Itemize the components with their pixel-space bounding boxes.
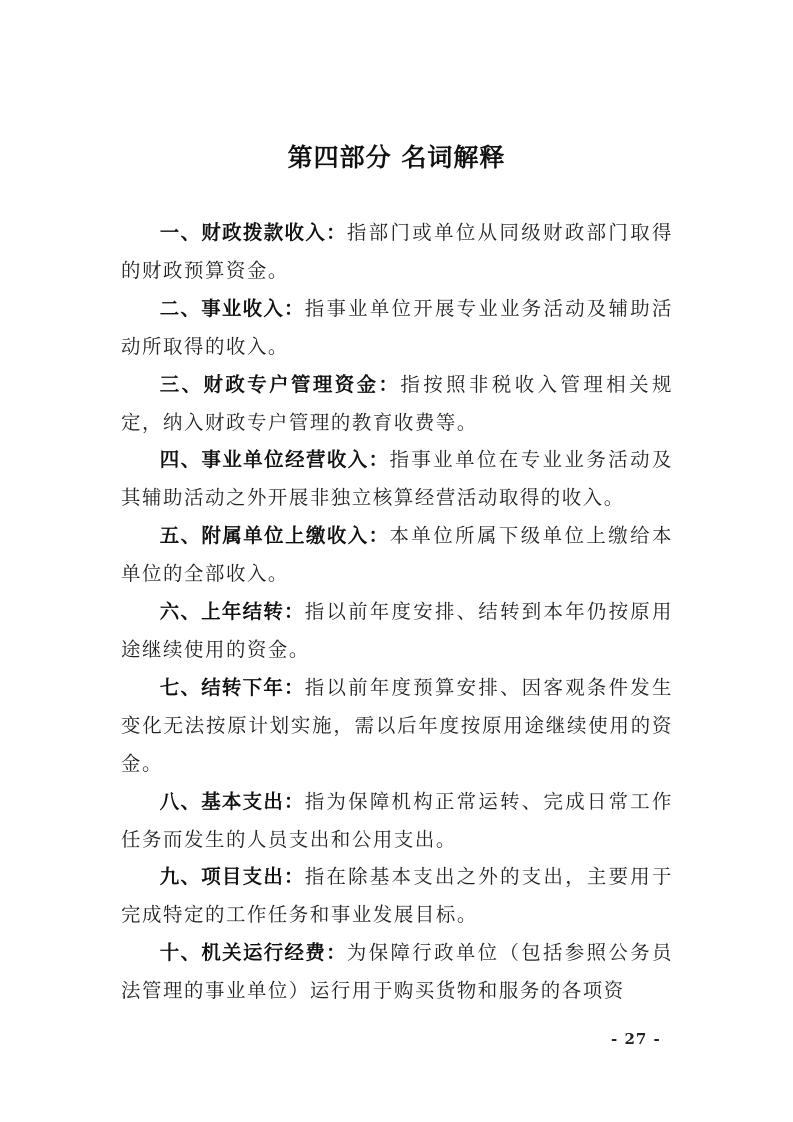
- definition-term: 九、项目支出：: [160, 865, 305, 888]
- definition-term: 三、财政专户管理资金：: [160, 373, 401, 396]
- definition-paragraph: 十、机关运行经费：为保障行政单位（包括参照公务员法管理的事业单位）运行用于购买货…: [121, 934, 673, 1010]
- definition-term: 四、事业单位经营收入：: [160, 448, 390, 471]
- definition-term: 十、机关运行经费：: [160, 941, 347, 964]
- definition-term: 二、事业收入：: [160, 297, 305, 320]
- definition-paragraph: 四、事业单位经营收入：指事业单位在专业业务活动及其辅助活动之外开展非独立核算经营…: [121, 441, 673, 517]
- definition-paragraph: 一、财政拨款收入：指部门或单位从同级财政部门取得的财政预算资金。: [121, 214, 673, 290]
- definition-term: 六、上年结转：: [160, 600, 305, 623]
- definition-paragraph: 九、项目支出：指在除基本支出之外的支出，主要用于完成特定的工作任务和事业发展目标…: [121, 858, 673, 934]
- page-title: 第四部分 名词解释: [0, 138, 793, 174]
- definition-paragraph: 三、财政专户管理资金：指按照非税收入管理相关规定，纳入财政专户管理的教育收费等。: [121, 366, 673, 442]
- page-number: - 27 -: [611, 1030, 661, 1048]
- definitions-list: 一、财政拨款收入：指部门或单位从同级财政部门取得的财政预算资金。 二、事业收入：…: [121, 214, 673, 1010]
- definition-term: 七、结转下年：: [160, 676, 305, 699]
- definition-paragraph: 七、结转下年：指以前年度预算安排、因客观条件发生变化无法按原计划实施，需以后年度…: [121, 669, 673, 783]
- document-page: 第四部分 名词解释 一、财政拨款收入：指部门或单位从同级财政部门取得的财政预算资…: [0, 0, 793, 1122]
- definition-term: 五、附属单位上缴收入：: [160, 524, 390, 547]
- definition-paragraph: 二、事业收入：指事业单位开展专业业务活动及辅助活动所取得的收入。: [121, 290, 673, 366]
- definition-paragraph: 八、基本支出：指为保障机构正常运转、完成日常工作任务而发生的人员支出和公用支出。: [121, 783, 673, 859]
- definition-paragraph: 五、附属单位上缴收入：本单位所属下级单位上缴给本单位的全部收入。: [121, 517, 673, 593]
- definition-term: 一、财政拨款收入：: [160, 221, 347, 244]
- definition-paragraph: 六、上年结转：指以前年度安排、结转到本年仍按原用途继续使用的资金。: [121, 593, 673, 669]
- definition-term: 八、基本支出：: [160, 790, 305, 813]
